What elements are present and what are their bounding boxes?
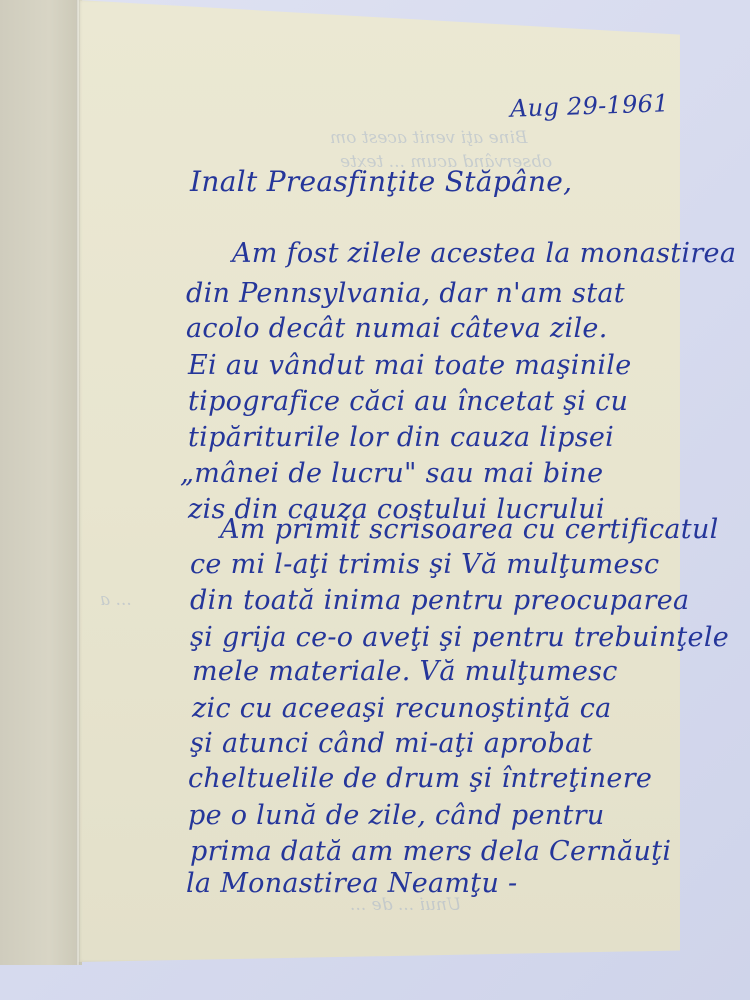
left-page-leaf: [0, 0, 82, 965]
letter-line: ce mi l-aţi trimis şi Vă mulţumesc: [190, 549, 659, 580]
letter-salutation: Inalt Preasfinţite Stăpâne,: [190, 165, 572, 198]
letter-line: acolo decât numai câteva zile.: [186, 313, 608, 344]
letter-line: la Monastirea Neamţu -: [186, 868, 517, 899]
letter-line: tipografice căci au încetat şi cu: [188, 386, 628, 417]
letter-line: Am primit scrisoarea cu certificatul: [220, 514, 719, 545]
photo-scene: Bine aţi venit acest om observând acum .…: [0, 0, 750, 1000]
letter-date: Aug 29-1961: [510, 89, 670, 123]
letter-line: Ei au vândut mai toate maşinile: [188, 350, 632, 381]
letter-line: din Pennsylvania, dar n'am stat: [186, 278, 625, 309]
bleed-through: Bine aţi venit acest om: [330, 128, 527, 148]
bleed-through: ... a: [100, 590, 132, 610]
letter-line: mele materiale. Vă mulţumesc: [192, 656, 618, 687]
letter-line: „mânei de lucru" sau mai bine: [180, 458, 603, 489]
letter-line: prima dată am mers dela Cernăuţi: [190, 836, 671, 867]
letter-line: Am fost zilele acestea la monastirea: [232, 238, 736, 269]
letter-line: şi atunci când mi-aţi aprobat: [190, 728, 593, 759]
letter-line: cheltuelile de drum şi întreţinere: [188, 763, 652, 794]
letter-line: zic cu aceeaşi recunoştinţă ca: [192, 693, 612, 724]
letter-line: tipăriturile lor din cauza lipsei: [188, 422, 614, 453]
page-fold: [76, 0, 80, 965]
letter-line: pe o lună de zile, când pentru: [188, 800, 605, 831]
letter-line: din toată inima pentru preocuparea: [190, 585, 689, 616]
letter-line: şi grija ce-o aveţi şi pentru trebuinţel…: [190, 622, 729, 653]
